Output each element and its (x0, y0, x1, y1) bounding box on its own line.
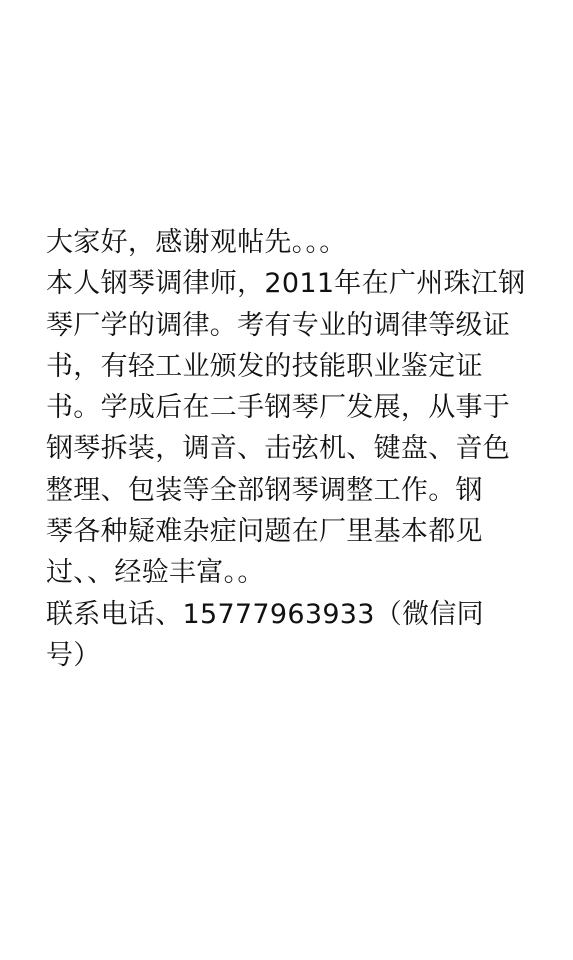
contact-line-1: 联系电话、15777963933（微信同 (46, 594, 536, 635)
greeting-line: 大家好，感谢观帖先。。。 (46, 222, 536, 263)
intro-line-3: 书，有轻工业颁发的技能职业鉴定证 (46, 346, 536, 387)
intro-line-6: 整理、包装等全部钢琴调整工作。钢 (46, 470, 536, 511)
intro-line-5: 钢琴拆装，调音、击弦机、键盘、音色 (46, 428, 536, 469)
contact-line-2: 号） (46, 635, 536, 676)
intro-line-2: 琴厂学的调律。考有专业的调律等级证 (46, 305, 536, 346)
intro-line-8: 过、、经验丰富。。 (46, 552, 536, 593)
intro-line-7: 琴各种疑难杂症问题在厂里基本都见 (46, 511, 536, 552)
intro-line-1: 本人钢琴调律师，2011年在广州珠江钢 (46, 263, 536, 304)
intro-line-4: 书。学成后在二手钢琴厂发展，从事于 (46, 387, 536, 428)
note-text-block: 大家好，感谢观帖先。。。 本人钢琴调律师，2011年在广州珠江钢 琴厂学的调律。… (46, 222, 536, 676)
